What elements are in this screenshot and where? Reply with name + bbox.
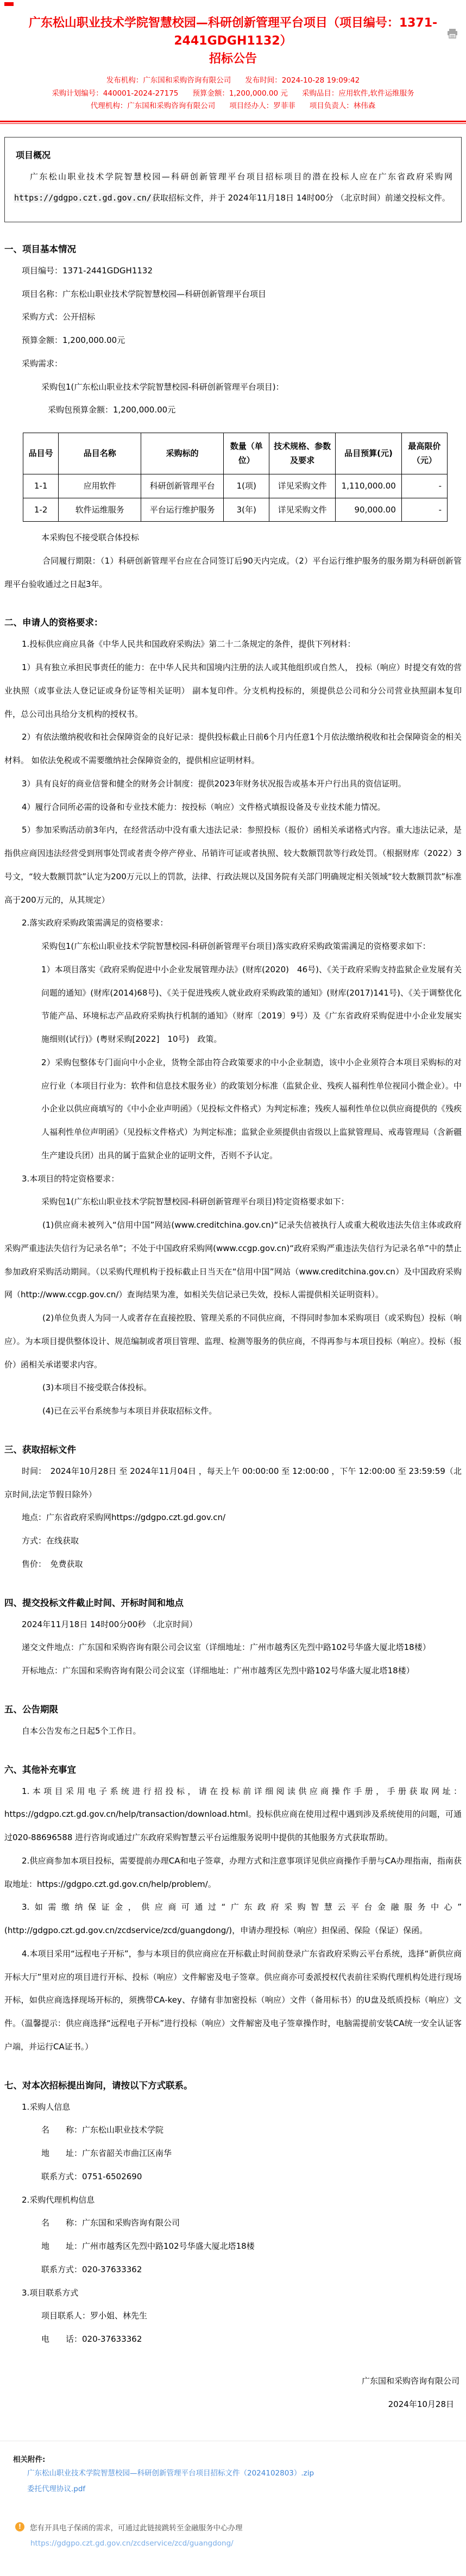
- meta-field: 发布机构：广东国和采购咨询有限公司: [106, 76, 231, 85]
- paragraph: 项目名称：广东松山职业技术学院智慧校园—科研创新管理平台项目: [4, 283, 462, 306]
- table-cell: 1-2: [23, 498, 59, 522]
- page-title-line1: 广东松山职业技术学院智慧校园—科研创新管理平台项目（项目编号：1371-2441…: [3, 14, 463, 50]
- table-cell: 应用软件: [59, 474, 141, 498]
- table-header-cell: 品目号: [23, 433, 59, 474]
- table-cell: 科研创新管理平台: [141, 474, 224, 498]
- paragraph: 2024年11月18日 14时00分00秒 （北京时间）: [4, 1613, 462, 1636]
- paragraph: 地点：广东省政府采购网https://gdgpo.czt.gd.gov.cn/: [4, 1506, 462, 1529]
- paragraph: (3)本项目不接受联合体投标。: [4, 1376, 462, 1399]
- paragraph: 名 称：广东松山职业技术学院: [41, 2118, 462, 2142]
- guarantee-notice: ! 您有开具电子保函的需求，可通过此链接跳转至金融服务中心办理: [15, 2522, 466, 2533]
- paragraph: 联系方式：0751-6502690: [41, 2165, 462, 2189]
- paragraph: 1）具有独立承担民事责任的能力：在中华人民共和国境内注册的法人或其他组织或自然人…: [4, 656, 462, 726]
- overview-heading: 项目概况: [16, 148, 450, 161]
- items-table-body: 1-1应用软件科研创新管理平台1(项)详见采购文件1,110,000.00-1-…: [23, 474, 448, 522]
- paragraph: 地 址：广州市越秀区先烈中路102号华盛大厦北塔18楼: [41, 2235, 462, 2258]
- attachment-link[interactable]: 委托代理协议.pdf: [27, 2482, 444, 2497]
- paragraph: 1）本项目落实《政府采购促进中小企业发展管理办法》(财库(2020) 46号)、…: [41, 958, 462, 1051]
- section-heading: 四、提交投标文件截止时间、开标时间和地点: [4, 1596, 462, 1609]
- paragraph: 2）采购包整体专门面向中小企业，货物全部由符合政策要求的中小企业制造，该中小企业…: [41, 1051, 462, 1167]
- section: 七、对本次招标提出询问，请按以下方式联系。1.采购人信息名 称：广东松山职业技术…: [0, 2078, 466, 2351]
- signature-block: 广东国和采购咨询有限公司 2024年10月28日: [7, 2369, 459, 2417]
- paragraph: (1)供应商未被列入“信用中国”网站(www.creditchina.gov.c…: [4, 1214, 462, 1306]
- print-icon[interactable]: [446, 28, 458, 39]
- meta-field: 代理机构：广东国和采购咨询有限公司: [91, 102, 216, 110]
- paragraph: 递交文件地点：广东国和采购咨询有限公司会议室（详细地址：广州市越秀区先烈中路10…: [4, 1636, 462, 1659]
- paragraph: 采购需求：: [4, 352, 462, 376]
- overview-paragraph: 广东松山职业技术学院智慧校园—科研创新管理平台项目招标项目的潜在投标人应在广东省…: [14, 166, 452, 209]
- section: 二、申请人的资格要求：1.投标供应商应具备《中华人民共和国政府采购法》第二十二条…: [0, 615, 466, 1423]
- paragraph: 采购方式：公开招标: [4, 305, 462, 329]
- paragraph: 2.落实政府采购政策需满足的资格要求：: [4, 911, 462, 935]
- paragraph: 采购包预算金额：1,200,000.00元: [48, 398, 462, 422]
- table-header-cell: 数量（单位）: [224, 433, 269, 474]
- meta-field: 预算金额：1,200,000.00 元: [192, 89, 287, 98]
- meta-field: 采购计划编号：440001-2024-27175: [52, 89, 178, 98]
- items-table-head: 品目号品目名称采购标的数量（单位）技术规格、参数及要求品目预算(元)最高限价（元…: [23, 433, 448, 474]
- paragraph: 自本公告发布之日起5个工作日。: [4, 1720, 462, 1743]
- paragraph: 开标地点：广东国和采购咨询有限公司会议室（详细地址：广州市越秀区先烈中路102号…: [4, 1659, 462, 1683]
- table-header-cell: 最高限价（元）: [401, 433, 447, 474]
- paragraph: 电 话：020-37633362: [41, 2328, 462, 2351]
- meta-field: 发布时间：2024-10-28 19:09:42: [245, 76, 360, 85]
- signature-company: 广东国和采购咨询有限公司: [7, 2369, 459, 2393]
- paragraph: 1.投标供应商应具备《中华人民共和国政府采购法》第二十二条规定的条件，提供下列材…: [4, 633, 462, 656]
- sections-container: 一、项目基本情况项目编号：1371-2441GDGH1132项目名称：广东松山职…: [0, 242, 466, 2351]
- paragraph: 采购包1(广东松山职业技术学院智慧校园-科研创新管理平台项目)特定资格要求如下：: [41, 1190, 462, 1214]
- signature-date: 2024年10月28日: [7, 2393, 459, 2417]
- section: 四、提交投标文件截止时间、开标时间和地点2024年11月18日 14时00分00…: [0, 1596, 466, 1683]
- paragraph: 采购包1(广东松山职业技术学院智慧校园-科研创新管理平台项目)落实政府采购政策需…: [41, 935, 462, 958]
- meta-field: 采购品目：应用软件,软件运维服务: [302, 89, 414, 98]
- table-cell: 软件运维服务: [59, 498, 141, 522]
- paragraph: 2.采购代理机构信息: [4, 2189, 462, 2212]
- table-cell: 90,000.00: [336, 498, 402, 522]
- paragraph: 1.本项目采用电子系统进行招投标，请在投标前详细阅读供应商操作手册，手册获取网址…: [4, 1780, 462, 1849]
- paragraph: 3）具有良好的商业信誉和健全的财务会计制度：提供2023年财务状况报告或基本开户…: [4, 772, 462, 796]
- overview-text-before: 广东松山职业技术学院智慧校园—科研创新管理平台项目招标项目的潜在投标人应在广东省…: [30, 172, 452, 182]
- paragraph: 合同履行期限：（1）科研创新管理平台应在合同签订后90天内完成。（2）平台运行维…: [4, 549, 462, 596]
- section-heading: 六、其他补充事宜: [4, 1762, 462, 1775]
- table-cell: -: [401, 498, 447, 522]
- section: 五、公告期限自本公告发布之日起5个工作日。: [0, 1702, 466, 1743]
- paragraph: 项目联系人：罗小姐、林先生: [41, 2304, 462, 2328]
- page-title: 广东松山职业技术学院智慧校园—科研创新管理平台项目（项目编号：1371-2441…: [3, 14, 463, 68]
- paragraph: 采购包1(广东松山职业技术学院智慧校园-科研创新管理平台项目)：: [41, 376, 462, 399]
- section-heading: 五、公告期限: [4, 1702, 462, 1715]
- notice-text: 您有开具电子保函的需求，可通过此链接跳转至金融服务中心办理: [30, 2522, 243, 2533]
- paragraph: 5）参加采购活动前3年内，在经营活动中没有重大违法记录：参照投标（报价）函相关承…: [4, 818, 462, 911]
- paragraph: 售价： 免费获取: [4, 1553, 462, 1576]
- table-cell: 平台运行维护服务: [141, 498, 224, 522]
- table-cell: -: [401, 474, 447, 498]
- paragraph: 1.采购人信息: [4, 2096, 462, 2119]
- section-heading: 二、申请人的资格要求：: [4, 615, 462, 628]
- meta-field: 项目负责人：林伟森: [310, 102, 376, 110]
- table-header-cell: 采购标的: [141, 433, 224, 474]
- paragraph: 2）有依法缴纳税收和社会保障资金的良好记录：提供投标截止日前6个月内任意1个月依…: [4, 726, 462, 772]
- overview-text-after: 获取招标文件，并于 2024年11月18日 14时00分 （北京时间）前递交投标…: [152, 193, 450, 203]
- table-header-row: 品目号品目名称采购标的数量（单位）技术规格、参数及要求品目预算(元)最高限价（元…: [23, 433, 448, 474]
- table-cell: 详见采购文件: [269, 474, 336, 498]
- paragraph: 方式：在线获取: [4, 1529, 462, 1553]
- attachments-footer: 相关附件: 广东松山职业技术学院智慧校园—科研创新管理平台项目招标文件（2024…: [0, 2441, 466, 2576]
- table-header-cell: 技术规格、参数及要求: [269, 433, 336, 474]
- table-header-cell: 品目名称: [59, 433, 141, 474]
- warning-icon: !: [15, 2522, 24, 2531]
- finance-service-link[interactable]: https://gdgpo.czt.gd.gov.cn/zcdservice/z…: [30, 2539, 466, 2548]
- overview-url: https://gdgpo.czt.gd.gov.cn/: [14, 193, 152, 203]
- paragraph: 联系方式：020-37633362: [41, 2258, 462, 2281]
- paragraph: (4)已在云平台系统参与本项目并获取招标文件。: [4, 1399, 462, 1423]
- section: 一、项目基本情况项目编号：1371-2441GDGH1132项目名称：广东松山职…: [0, 242, 466, 596]
- page-title-line2: 招标公告: [3, 50, 463, 68]
- paragraph: 3.项目联系方式: [4, 2281, 462, 2305]
- table-row: 1-1应用软件科研创新管理平台1(项)详见采购文件1,110,000.00-: [23, 474, 448, 498]
- paragraph: 时间： 2024年10月28日 至 2024年11月04日 ，每天上午 00:0…: [4, 1460, 462, 1506]
- section-heading: 一、项目基本情况: [4, 242, 462, 255]
- paragraph: 4）履行合同所必需的设备和专业技术能力：按投标（响应）文件格式填报设备及专业技术…: [4, 796, 462, 819]
- section-heading: 七、对本次招标提出询问，请按以下方式联系。: [4, 2078, 462, 2091]
- paragraph: 3.本项目的特定资格要求：: [4, 1167, 462, 1191]
- red-separator: [0, 121, 466, 124]
- table-header-cell: 品目预算(元): [336, 433, 402, 474]
- items-table: 品目号品目名称采购标的数量（单位）技术规格、参数及要求品目预算(元)最高限价（元…: [23, 433, 448, 522]
- attachment-link[interactable]: 广东松山职业技术学院智慧校园—科研创新管理平台项目招标文件（2024102803…: [27, 2466, 444, 2481]
- meta-line: 发布机构：广东国和采购咨询有限公司发布时间：2024-10-28 19:09:4…: [5, 74, 461, 87]
- table-cell: 1,110,000.00: [336, 474, 402, 498]
- section-heading: 三、获取招标文件: [4, 1442, 462, 1455]
- top-left-red-mark: [4, 2, 14, 6]
- meta-field: 项目经办人：罗菲菲: [229, 102, 295, 110]
- paragraph: 名 称：广东国和采购咨询有限公司: [41, 2211, 462, 2235]
- paragraph: 地 址：广东省韶关市曲江区南华: [41, 2142, 462, 2165]
- table-row: 1-2软件运维服务平台运行维护服务3(年)详见采购文件90,000.00-: [23, 498, 448, 522]
- paragraph: 本采购包不接受联合体投标: [41, 526, 462, 549]
- paragraph: 2.供应商参加本项目投标，需要提前办理CA和电子签章，办理方式和注意事项详见供应…: [4, 1849, 462, 1896]
- printer-icon: [446, 28, 458, 39]
- project-overview-box: 项目概况 广东松山职业技术学院智慧校园—科研创新管理平台项目招标项目的潜在投标人…: [4, 137, 462, 222]
- paragraph: 预算金额：1,200,000.00元: [4, 329, 462, 352]
- meta-line: 代理机构：广东国和采购咨询有限公司项目经办人：罗菲菲项目负责人：林伟森: [5, 100, 461, 113]
- paragraph: 项目编号：1371-2441GDGH1132: [4, 259, 462, 283]
- attachments-heading: 相关附件:: [13, 2453, 466, 2464]
- meta-lines: 发布机构：广东国和采购咨询有限公司发布时间：2024-10-28 19:09:4…: [5, 74, 461, 113]
- paragraph: (2)单位负责人为同一人或者存在直接控股、管理关系的不同供应商，不得同时参加本采…: [4, 1306, 462, 1376]
- paragraph: 4.本项目采用“远程电子开标”，参与本项目的供应商应在开标截止时间前登录广东省政…: [4, 1942, 462, 2059]
- section: 三、获取招标文件时间： 2024年10月28日 至 2024年11月04日 ，每…: [0, 1442, 466, 1576]
- paragraph: 3.如需缴纳保证金，供应商可通过“广东政府采购智慧云平台金融服务中心”(http…: [4, 1896, 462, 1942]
- attachment-links: 广东松山职业技术学院智慧校园—科研创新管理平台项目招标文件（2024102803…: [0, 2466, 466, 2497]
- section: 六、其他补充事宜1.本项目采用电子系统进行招投标，请在投标前详细阅读供应商操作手…: [0, 1762, 466, 2059]
- table-cell: 详见采购文件: [269, 498, 336, 522]
- meta-line: 采购计划编号：440001-2024-27175预算金额：1,200,000.0…: [5, 87, 461, 101]
- table-cell: 1-1: [23, 474, 59, 498]
- announcement-page: 广东松山职业技术学院智慧校园—科研创新管理平台项目（项目编号：1371-2441…: [0, 0, 466, 2576]
- table-cell: 1(项): [224, 474, 269, 498]
- table-cell: 3(年): [224, 498, 269, 522]
